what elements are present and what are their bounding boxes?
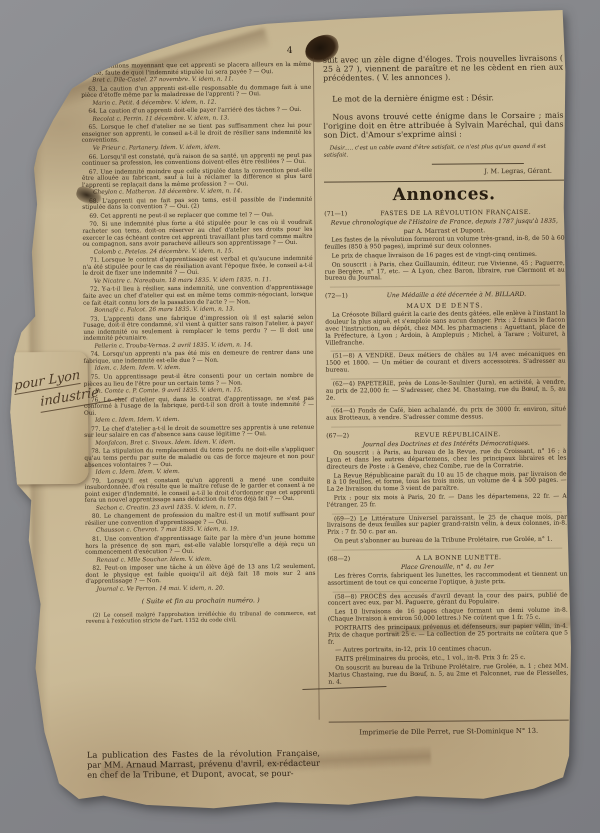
scanned-page-view: pour Lyon industrie 4 des conventions mo… [0, 0, 600, 833]
quotation: Désir..... c'est un cable avant d'être s… [324, 144, 564, 160]
qa-item: 79. Lorsqu'il est constant qu'un apprent… [85, 476, 315, 504]
annonce-header: (71—1) FASTES DE LA RÉVOLUTION FRANÇAISE… [324, 209, 564, 218]
case-citation: Recolat c. Perrin. 11 décembre. V. idem,… [81, 115, 311, 124]
paragraph: Nous avons trouvé cette énigme dans le C… [323, 110, 563, 140]
qa-item: 77. Le chef d'atelier a-t-il le droit de… [84, 425, 314, 440]
qa-item: 72. Y-a-t-il lieu à résilier, sans indem… [83, 285, 313, 307]
manager-signature: J. M. Legras, Gérant. [324, 167, 564, 177]
separator-rule [432, 163, 524, 165]
footnote: (2) Le conseil malgré l'approbation irré… [86, 611, 316, 625]
qa-item: 71. Lorsque le contrat d'apprentissage e… [83, 256, 313, 278]
annonce-paragraph: La Revue Républicaine paraît du 10 au 15… [327, 471, 567, 494]
case-citation: Idem. c. Idem. Idem. V. idem. [84, 364, 314, 373]
case-citation: Idem c. Idem. Idem. V. idem. [84, 416, 314, 425]
page-number: 4 [287, 46, 293, 56]
right-column: suit avec un zèle digne d'éloges. Trois … [323, 54, 569, 720]
annonce-paragraph: On souscrit : à Paris, au bureau de la R… [326, 449, 566, 472]
paragraph: suit avec un zèle digne d'éloges. Trois … [323, 54, 563, 84]
qa-item: 70. Si une indemnité plus forte a été st… [82, 220, 312, 248]
annonce-paragraph: (62—4) PAPETERIE, près de Lons-le-Saulni… [326, 379, 566, 402]
annonce-title: REVUE RÉPUBLICAINE. [349, 431, 566, 440]
annonce-paragraph: La Créosote Billard guérit la carie des … [325, 311, 565, 347]
qa-item: 75. Un apprentissage peut-il être consen… [84, 373, 314, 388]
annonce-paragraph: On peut s'abonner au bureau de la Tribun… [327, 537, 567, 546]
separator-rule [324, 180, 564, 183]
annonce-title: FASTES DE LA RÉVOLUTION FRANÇAISE. [347, 209, 564, 218]
case-citation: Pellerin c. Trouba-Vernas. 2 avril 1835.… [83, 342, 313, 351]
case-citation: Idem c. Idem. Idem. V. idem. [85, 468, 315, 477]
annonce-subtitle: Revue chronologique de l'Histoire de Fra… [324, 218, 564, 227]
case-citation: Ve Prieur c. Partanery. Idem. V. idem, i… [82, 144, 312, 153]
case-citation: Sechon c. Creatin. 23 avril 1835. V. ide… [85, 504, 315, 513]
qa-item: 73. L'apprenti dans une fabrique d'impre… [83, 314, 313, 342]
annonce-header: (72—1) Une Médaille a été décernée à M. … [325, 291, 565, 300]
annonce-paragraph: (51—8) A VENDRE. Deux métiers de châles … [326, 352, 566, 375]
annonce-separator [331, 425, 561, 428]
annonce-ref: (67—2) [326, 432, 349, 439]
annonce-title: A LA BONNE LUNETTE. [350, 554, 567, 563]
annonce-paragraph: Les 10 livraisons de 16 pages chaque for… [328, 608, 568, 624]
annonce-paragraph: (58—8) PROCÈS des accusés d'avril devant… [328, 592, 568, 608]
continuation-notice: ( Suite et fin au prochain numéro. ) [86, 597, 316, 606]
case-citation: Bret c. Dîle-Castel. 27 novembre. V. ide… [81, 76, 311, 85]
qa-item: 63. La caution d'un apprenti est-elle re… [81, 84, 311, 99]
annonce-header: (68—2) A LA BONNE LUNETTE. [327, 554, 567, 563]
qa-item: 66. Lorsqu'il est constaté, qu'à raison … [82, 152, 312, 167]
case-citation: Marin c. Petit. 4 décembre. V. idem, n. … [81, 99, 311, 108]
qa-item: 67. Une indemnité moindre que celle stip… [82, 167, 312, 189]
qa-item: 81. Une convention d'apprentissage faite… [85, 535, 315, 557]
closing-paragraph: La publication des Fastes de la révoluti… [87, 748, 320, 780]
qa-item: 69. Cet apprenti ne peut-il se replacer … [82, 212, 312, 221]
case-citation: Renaud c. Mlle Souchar. Idem. V. idem. [85, 555, 315, 564]
newspaper-page: pour Lyon industrie 4 des conventions mo… [5, 8, 574, 813]
imprint-rule [329, 720, 569, 723]
annonce-paragraph: Les fastes de la révolution formeront un… [325, 236, 565, 252]
printer-imprint: Imprimerie de Dlle Perret, rue St-Domini… [329, 727, 569, 737]
qa-item: 68. L'apprenti qui ne fait pas son tems,… [82, 197, 312, 212]
qa-item: 82. Peut-on imposer une tâche à un élève… [85, 564, 315, 586]
qa-item: 78. La stipulation du remplacement du te… [84, 447, 314, 469]
qa-item: des conventions moyennant que cet appren… [81, 62, 311, 77]
qa-item: 74. Lorsqu'un apprenti n'a pas été mis e… [83, 350, 313, 365]
case-citation: Colomb c. Petelas. 24 décembre. V. idem,… [83, 247, 313, 256]
case-citation: Cheylon c. Matheron. 18 décembre. V. ide… [82, 188, 312, 197]
enigma-answer: Le mot de la dernière énigme est : Désir… [323, 92, 563, 103]
annonce-separator [330, 285, 560, 288]
case-citation: Chausson c. Chevrot. 7 mai 1835. V. idem… [85, 526, 315, 535]
annonce-paragraph: PORTRAITS des principaux prévenus et déf… [328, 623, 568, 646]
qa-item: 80. Le changement de profession du maîtr… [85, 512, 315, 527]
annonces-heading: Annonces. [324, 184, 564, 206]
case-citation: Monfalcon, Bret c. Sivoux. Idem. Idem. V… [84, 439, 314, 448]
qa-item: 76. Le chef d'atelier qui, dans le contr… [84, 395, 314, 417]
annonce-paragraph: (69—2) Le Littérature Universel paraissa… [327, 514, 567, 537]
left-edge-shadow [28, 132, 49, 762]
annonce-header: (67—2) REVUE RÉPUBLICAINE. [326, 431, 566, 440]
annonce-paragraph: — Autres portraits, in-12, prix 10 centi… [328, 646, 568, 655]
annonce-separator [332, 548, 562, 551]
annonce-paragraph: Les frères Corris, fabriquent les lunett… [327, 572, 567, 588]
left-column: des conventions moyennant que cet appren… [81, 60, 316, 625]
annonce-paragraph: On souscrit : à Paris, chez Guillaumin, … [325, 260, 565, 283]
case-citation: Journal c. Ve Perron. 14 mai. V. idem, n… [86, 585, 316, 594]
case-citation: Bonnafé c. Falcot. 26 mars 1835. V. idem… [83, 306, 313, 315]
case-citation: Ve Nicatre c. Nareabuin. 18 mars 1835. V… [83, 277, 313, 286]
annonce-paragraph: Prix : pour six mois à Paris, 20 fr. — D… [327, 494, 567, 510]
case-citation: Jh. Comte c. P. Comte. 9 avril 1835. V. … [84, 387, 314, 396]
annonce-ref: (72—1) [325, 293, 348, 300]
annonce-title: Une Médaille a été décernée à M. BILLARD… [348, 291, 565, 300]
annonce-ref: (71—1) [324, 211, 347, 218]
annonce-paragraph: On souscrit au bureau de la Tribune Prol… [328, 664, 568, 687]
annonce-ref: (68—2) [327, 555, 350, 562]
paper-sheet-wrapper: pour Lyon industrie 4 des conventions mo… [8, 10, 570, 810]
annonce-paragraph: (64—4) Fonds de Café, bien achalandé, du… [326, 407, 566, 423]
qa-item: 65. Lorsque le chef d'atelier ne se tien… [82, 123, 312, 145]
